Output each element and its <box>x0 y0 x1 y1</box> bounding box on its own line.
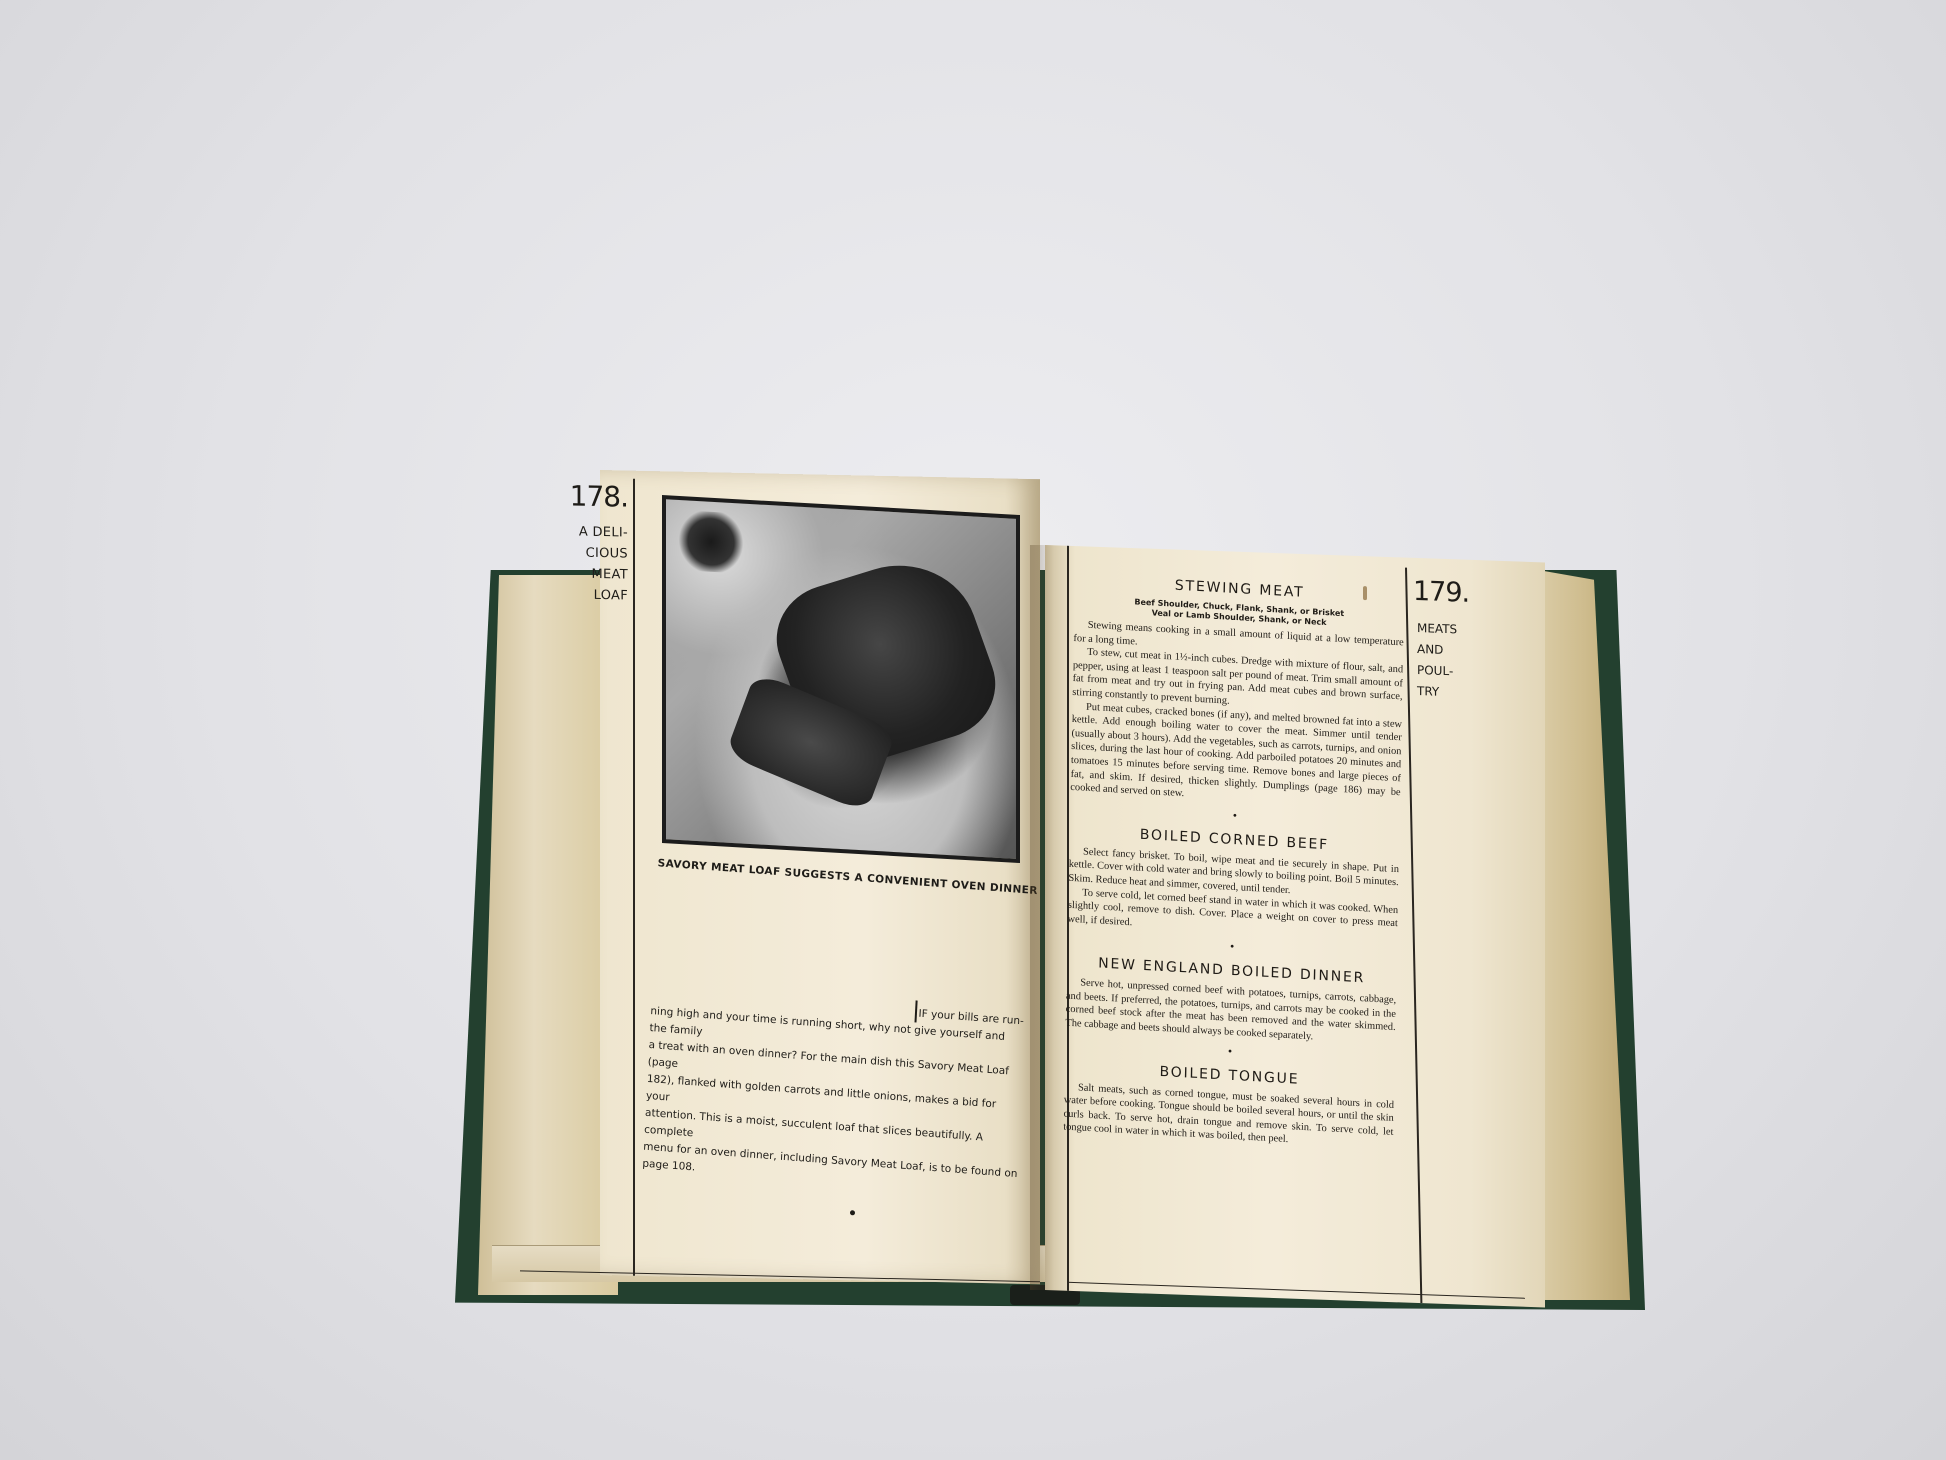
side-title-line: A DELI- <box>528 520 628 543</box>
side-title-line: CIOUS <box>528 541 628 564</box>
recipe-stewing-meat: STEWING MEAT Beef Shoulder, Chuck, Flank… <box>1070 572 1405 813</box>
left-page-column-rule <box>633 479 635 1276</box>
garnish-image <box>676 510 746 574</box>
recipe-body: Stewing means cooking in a small amount … <box>1070 618 1404 813</box>
meat-loaf-photo <box>662 495 1020 863</box>
side-title-line: LOAF <box>528 583 628 606</box>
page-number-right: 179. <box>1413 576 1469 609</box>
side-title-line: AND <box>1417 639 1477 662</box>
page-block-left <box>478 575 618 1295</box>
open-book: 178. A DELI- CIOUS MEAT LOAF SAVORY MEAT… <box>0 0 1946 1460</box>
recipe-paragraph: Salt meats, such as corned tongue, must … <box>1063 1080 1394 1153</box>
left-page: 178. A DELI- CIOUS MEAT LOAF SAVORY MEAT… <box>600 470 1040 1284</box>
recipe-paragraph: Put meat cubes, cracked bones (if any), … <box>1070 699 1402 812</box>
right-page: 179. MEATS AND POUL- TRY STEWING MEAT Be… <box>1045 545 1545 1307</box>
page-number-left: 178. <box>540 479 628 514</box>
side-title-line: POUL- <box>1417 660 1477 683</box>
recipe-body: Select fancy brisket. To boil, wipe meat… <box>1067 845 1399 945</box>
side-title-line: MEATS <box>1417 618 1477 641</box>
recipe-boiled-tongue: BOILED TONGUE Salt meats, such as corned… <box>1063 1058 1395 1153</box>
side-title-right: MEATS AND POUL- TRY <box>1417 618 1477 704</box>
photo-caption: SAVORY MEAT LOAF SUGGESTS A CONVENIENT O… <box>657 857 1027 896</box>
side-title-left: A DELI- CIOUS MEAT LOAF <box>528 520 628 606</box>
side-title-line: MEAT <box>528 562 628 585</box>
page-dot <box>850 1210 855 1215</box>
recipe-boiled-corned-beef: BOILED CORNED BEEF Select fancy brisket.… <box>1067 823 1399 945</box>
gutter-shadow <box>1030 545 1060 1290</box>
recipe-body: Salt meats, such as corned tongue, must … <box>1063 1080 1394 1153</box>
recipes-column: STEWING MEAT Beef Shoulder, Chuck, Flank… <box>1063 566 1405 1157</box>
recipe-new-england-boiled-dinner: NEW ENGLAND BOILED DINNER Serve hot, unp… <box>1065 954 1397 1049</box>
intro-paragraph: IF your bills are run- ning high and you… <box>642 981 1027 1200</box>
side-title-line: TRY <box>1417 681 1477 704</box>
drop-cap-bar <box>914 1000 917 1022</box>
